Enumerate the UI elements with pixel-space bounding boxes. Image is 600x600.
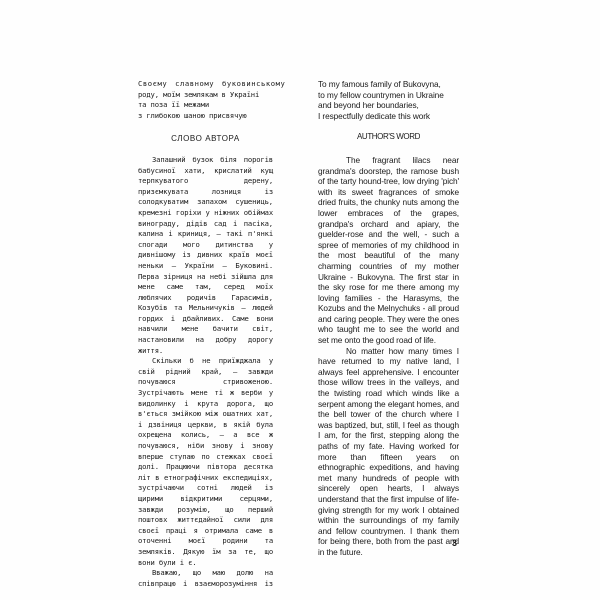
ukrainian-heading: СЛОВО АВТОРА	[138, 134, 273, 145]
english-column: To my famous family of Bukovyna, to my f…	[318, 79, 459, 558]
english-paragraph: No matter how many times I have returned…	[318, 346, 459, 558]
dedication-line: з глибокою шаною присвячую	[138, 111, 273, 122]
dedication-line: and beyond her boundaries,	[318, 100, 459, 111]
ukrainian-column: Своєму славному буковинському роду, моїм…	[138, 79, 273, 589]
book-page: Своєму славному буковинському роду, моїм…	[0, 0, 600, 600]
ukrainian-paragraph: Запашний бузок біля порогів бабусиної ха…	[138, 155, 273, 356]
english-paragraph: The fragrant lilacs near grandma's doors…	[318, 155, 459, 346]
page-number: 3	[452, 538, 457, 548]
dedication-line: I respectfully dedicate this work	[318, 111, 459, 122]
ukrainian-dedication: Своєму славному буковинському роду, моїм…	[138, 79, 273, 121]
dedication-line: Своєму славному буковинському	[138, 79, 273, 90]
dedication-line: To my famous family of Bukovyna,	[318, 79, 459, 90]
ukrainian-paragraph: Скільки б не приїжджала у свій рідний кр…	[138, 356, 273, 568]
dedication-line: та поза її межами	[138, 100, 273, 111]
ukrainian-paragraph: Вважаю, що маю долю на співпрацю і взаєм…	[138, 568, 273, 589]
english-heading: AUTHOR'S WORD	[318, 132, 459, 143]
english-dedication: To my famous family of Bukovyna, to my f…	[318, 79, 459, 121]
dedication-line: to my fellow countrymen in Ukraine	[318, 90, 459, 101]
dedication-line: роду, моїм землякам в Україні	[138, 90, 273, 101]
